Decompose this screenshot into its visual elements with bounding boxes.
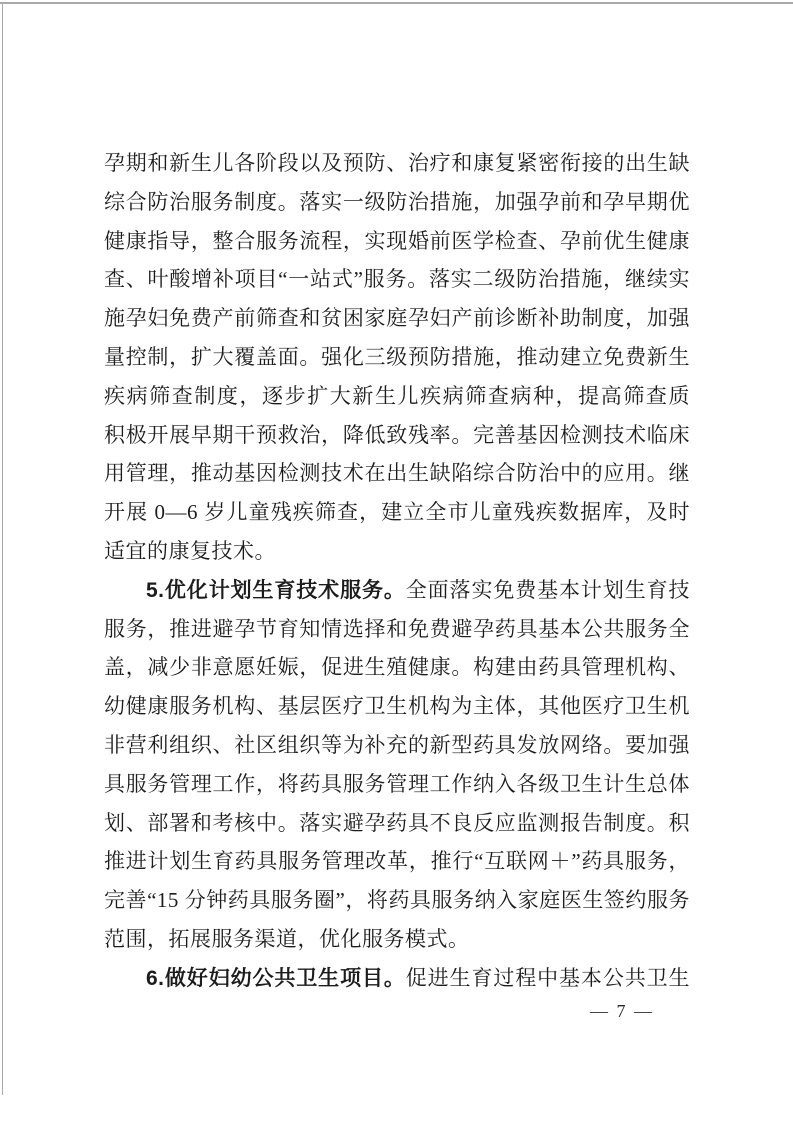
- text-run: 疾病筛查制度，逐步扩大新生儿疾病筛查病种，提高筛查质量，: [104, 384, 690, 416]
- text-line: 适宜的康复技术。: [104, 532, 690, 571]
- text-line: 综合防治服务制度。落实一级防治措施，加强孕前和孕早期优生: [104, 183, 690, 222]
- text-run: 量控制，扩大覆盖面。强化三级预防措施，推动建立免费新生儿: [104, 345, 690, 377]
- text-line: 范围，拓展服务渠道，优化服务模式。: [104, 920, 690, 959]
- text-run: 盖，减少非意愿妊娠，促进生殖健康。构建由药具管理机构、妇: [104, 655, 690, 687]
- text-line: 幼健康服务机构、基层医疗卫生机构为主体，其他医疗卫生机构、: [104, 687, 690, 726]
- text-line: 施孕妇免费产前筛查和贫困家庭孕妇产前诊断补助制度，加强质: [104, 299, 690, 338]
- text-line: 疾病筛查制度，逐步扩大新生儿疾病筛查病种，提高筛查质量，: [104, 377, 690, 416]
- text-line: 孕期和新生儿各阶段以及预防、治疗和康复紧密衔接的出生缺陷: [104, 144, 690, 183]
- text-line: 5.优化计划生育技术服务。全面落实免费基本计划生育技术: [104, 571, 690, 610]
- text-line: 健康指导，整合服务流程，实现婚前医学检查、孕前优生健康检: [104, 222, 690, 261]
- text-run: 查、叶酸增补项目“一站式”服务。落实二级防治措施，继续实: [104, 267, 690, 291]
- page-footer: — 7 —: [104, 1001, 690, 1022]
- text-line: 服务，推进避孕节育知情选择和免费避孕药具基本公共服务全覆: [104, 610, 690, 649]
- text-run: 幼健康服务机构、基层医疗卫生机构为主体，其他医疗卫生机构、: [104, 694, 690, 726]
- text-line: 查、叶酸增补项目“一站式”服务。落实二级防治措施，继续实: [104, 260, 690, 299]
- paragraph-heading: 5.优化计划生育技术服务。: [146, 579, 406, 602]
- text-line: 具服务管理工作，将药具服务管理工作纳入各级卫生计生总体规: [104, 765, 690, 804]
- text-run: 孕期和新生儿各阶段以及预防、治疗和康复紧密衔接的出生缺陷: [104, 151, 690, 183]
- text-run: 完善“15 分钟药具服务圈”，将药具服务纳入家庭医生签约服务: [104, 888, 690, 912]
- text-line: 量控制，扩大覆盖面。强化三级预防措施，推动建立免费新生儿: [104, 338, 690, 377]
- text-line: 划、部署和考核中。落实避孕药具不良反应监测报告制度。积极: [104, 804, 690, 843]
- text-line: 6.做好妇幼公共卫生项目。促进生育过程中基本公共卫生服: [104, 959, 690, 998]
- paragraph-heading: 6.做好妇幼公共卫生项目。: [146, 967, 406, 990]
- text-run: 积极开展早期干预救治，降低致残率。完善基因检测技术临床应: [104, 423, 690, 455]
- text-run: 施孕妇免费产前筛查和贫困家庭孕妇产前诊断补助制度，加强质: [104, 306, 690, 338]
- text-line: 用管理，推动基因检测技术在出生缺陷综合防治中的应用。继续: [104, 454, 690, 493]
- text-line: 推进计划生育药具服务管理改革，推行“互联网＋”药具服务，: [104, 842, 690, 881]
- document-body: 孕期和新生儿各阶段以及预防、治疗和康复紧密衔接的出生缺陷综合防治服务制度。落实一…: [104, 144, 690, 998]
- text-line: 非营利组织、社区组织等为补充的新型药具发放网络。要加强药: [104, 726, 690, 765]
- text-line: 积极开展早期干预救治，降低致残率。完善基因检测技术临床应: [104, 416, 690, 455]
- document-page: 孕期和新生儿各阶段以及预防、治疗和康复紧密衔接的出生缺陷综合防治服务制度。落实一…: [0, 0, 793, 1122]
- page-number: — 7 —: [590, 1001, 654, 1022]
- scan-edge-left-line: [2, 2, 3, 1095]
- text-run: 综合防治服务制度。落实一级防治措施，加强孕前和孕早期优生: [104, 190, 690, 222]
- text-line: 完善“15 分钟药具服务圈”，将药具服务纳入家庭医生签约服务: [104, 881, 690, 920]
- text-run: 用管理，推动基因检测技术在出生缺陷综合防治中的应用。继续: [104, 461, 690, 493]
- text-run: 具服务管理工作，将药具服务管理工作纳入各级卫生计生总体规: [104, 772, 690, 804]
- text-line: 盖，减少非意愿妊娠，促进生殖健康。构建由药具管理机构、妇: [104, 648, 690, 687]
- text-run: 推进计划生育药具服务管理改革，推行“互联网＋”药具服务，: [104, 849, 690, 873]
- text-run: 健康指导，整合服务流程，实现婚前医学检查、孕前优生健康检: [104, 229, 690, 261]
- text-run: 服务，推进避孕节育知情选择和免费避孕药具基本公共服务全覆: [104, 617, 690, 649]
- scan-edge-top-line: [0, 2, 793, 4]
- text-run: 划、部署和考核中。落实避孕药具不良反应监测报告制度。积极: [104, 811, 690, 843]
- text-line: 开展 0—6 岁儿童残疾筛查，建立全市儿童残疾数据库，及时提供: [104, 493, 690, 532]
- text-run: 适宜的康复技术。: [104, 539, 276, 563]
- text-run: 开展 0—6 岁儿童残疾筛查，建立全市儿童残疾数据库，及时提供: [104, 500, 690, 532]
- text-run: 范围，拓展服务渠道，优化服务模式。: [104, 927, 470, 951]
- text-run: 非营利组织、社区组织等为补充的新型药具发放网络。要加强药: [104, 733, 690, 765]
